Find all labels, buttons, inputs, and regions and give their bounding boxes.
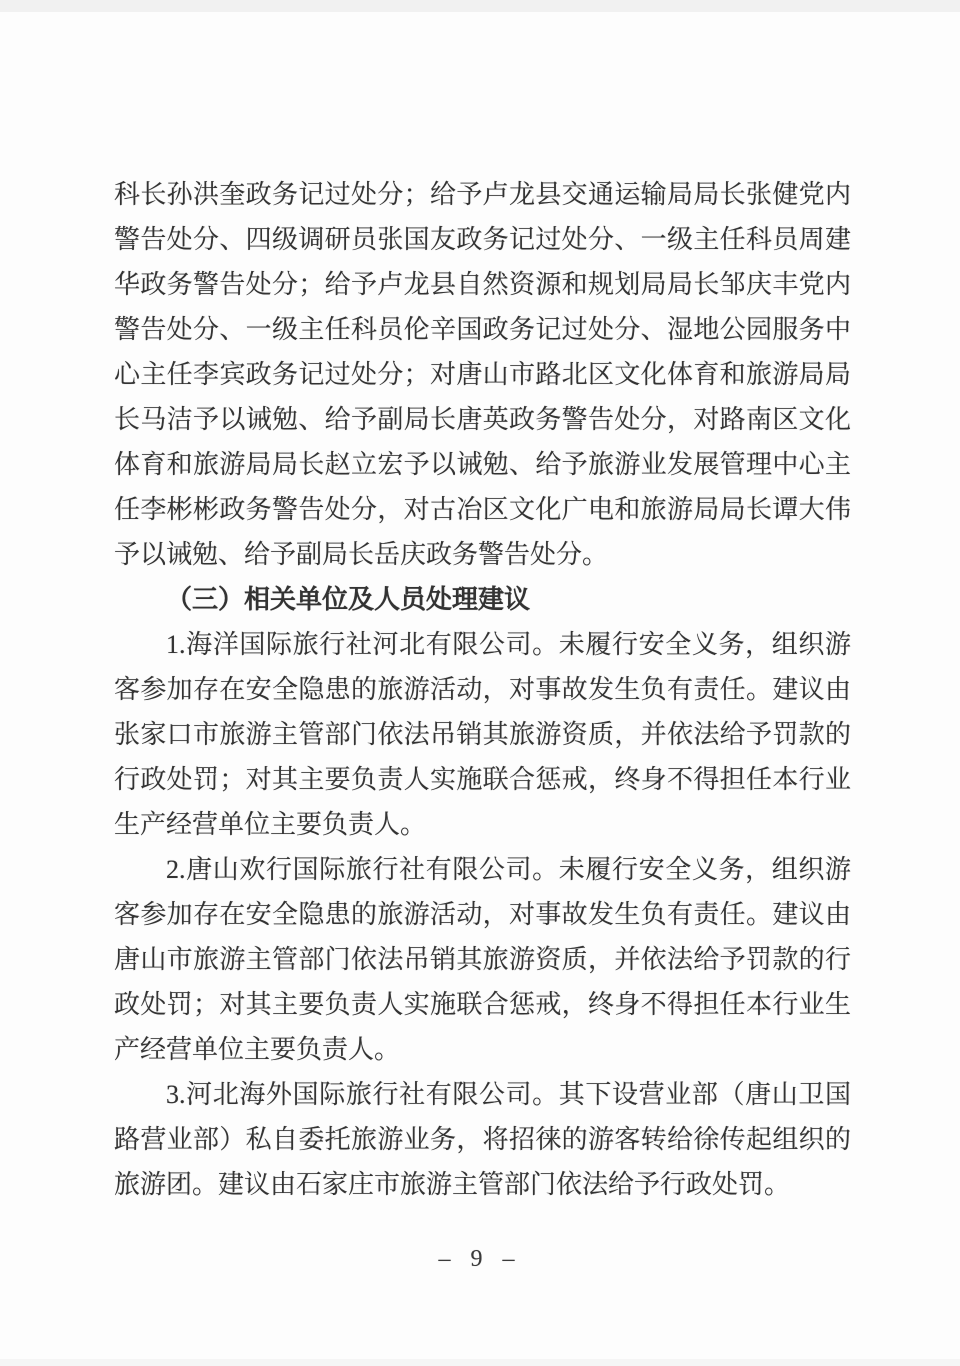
scan-edge-top (0, 0, 960, 12)
text-line: 产经营单位主要负责人。 (114, 1027, 851, 1072)
text-line: 旅游团。建议由石家庄市旅游主管部门依法给予行政处罚。 (114, 1162, 851, 1207)
text-line: 任李彬彬政务警告处分，对古冶区文化广电和旅游局局长谭大伟 (114, 487, 851, 532)
text-line: 心主任李宾政务记过处分；对唐山市路北区文化体育和旅游局局 (114, 352, 851, 397)
text-line: 客参加存在安全隐患的旅游活动，对事故发生负有责任。建议由 (114, 892, 851, 937)
text-line: 唐山市旅游主管部门依法吊销其旅游资质，并依法给予罚款的行 (114, 937, 851, 982)
text-line: 客参加存在安全隐患的旅游活动，对事故发生负有责任。建议由 (114, 667, 851, 712)
scan-edge-bottom (0, 1359, 960, 1366)
text-line: 长马洁予以诫勉、给予副局长唐英政务警告处分，对路南区文化 (114, 397, 851, 442)
scanned-document-page: 科长孙洪奎政务记过处分；给予卢龙县交通运输局局长张健党内 警告处分、四级调研员张… (0, 0, 960, 1366)
text-line: 警告处分、四级调研员张国友政务记过处分、一级主任科员周建 (114, 217, 851, 262)
text-line: 予以诫勉、给予副局长岳庆政务警告处分。 (114, 532, 851, 577)
document-body: 科长孙洪奎政务记过处分；给予卢龙县交通运输局局长张健党内 警告处分、四级调研员张… (114, 172, 851, 1207)
text-line: 警告处分、一级主任科员伦辛国政务记过处分、湿地公园服务中 (114, 307, 851, 352)
text-line: 体育和旅游局局长赵立宏予以诫勉、给予旅游业发展管理中心主 (114, 442, 851, 487)
text-line: 1.海洋国际旅行社河北有限公司。未履行安全义务，组织游 (114, 622, 851, 667)
text-line: 生产经营单位主要负责人。 (114, 802, 851, 847)
text-line: 华政务警告处分；给予卢龙县自然资源和规划局局长邹庆丰党内 (114, 262, 851, 307)
text-line: 路营业部）私自委托旅游业务，将招徕的游客转给徐传起组织的 (114, 1117, 851, 1162)
text-line: 3.河北海外国际旅行社有限公司。其下设营业部（唐山卫国 (114, 1072, 851, 1117)
page-number: – 9 – (0, 1246, 960, 1273)
section-heading: （三）相关单位及人员处理建议 (114, 577, 851, 622)
text-line: 行政处罚；对其主要负责人实施联合惩戒，终身不得担任本行业 (114, 757, 851, 802)
text-line: 张家口市旅游主管部门依法吊销其旅游资质，并依法给予罚款的 (114, 712, 851, 757)
text-line: 2.唐山欢行国际旅行社有限公司。未履行安全义务，组织游 (114, 847, 851, 892)
text-line: 政处罚；对其主要负责人实施联合惩戒，终身不得担任本行业生 (114, 982, 851, 1027)
text-line: 科长孙洪奎政务记过处分；给予卢龙县交通运输局局长张健党内 (114, 172, 851, 217)
